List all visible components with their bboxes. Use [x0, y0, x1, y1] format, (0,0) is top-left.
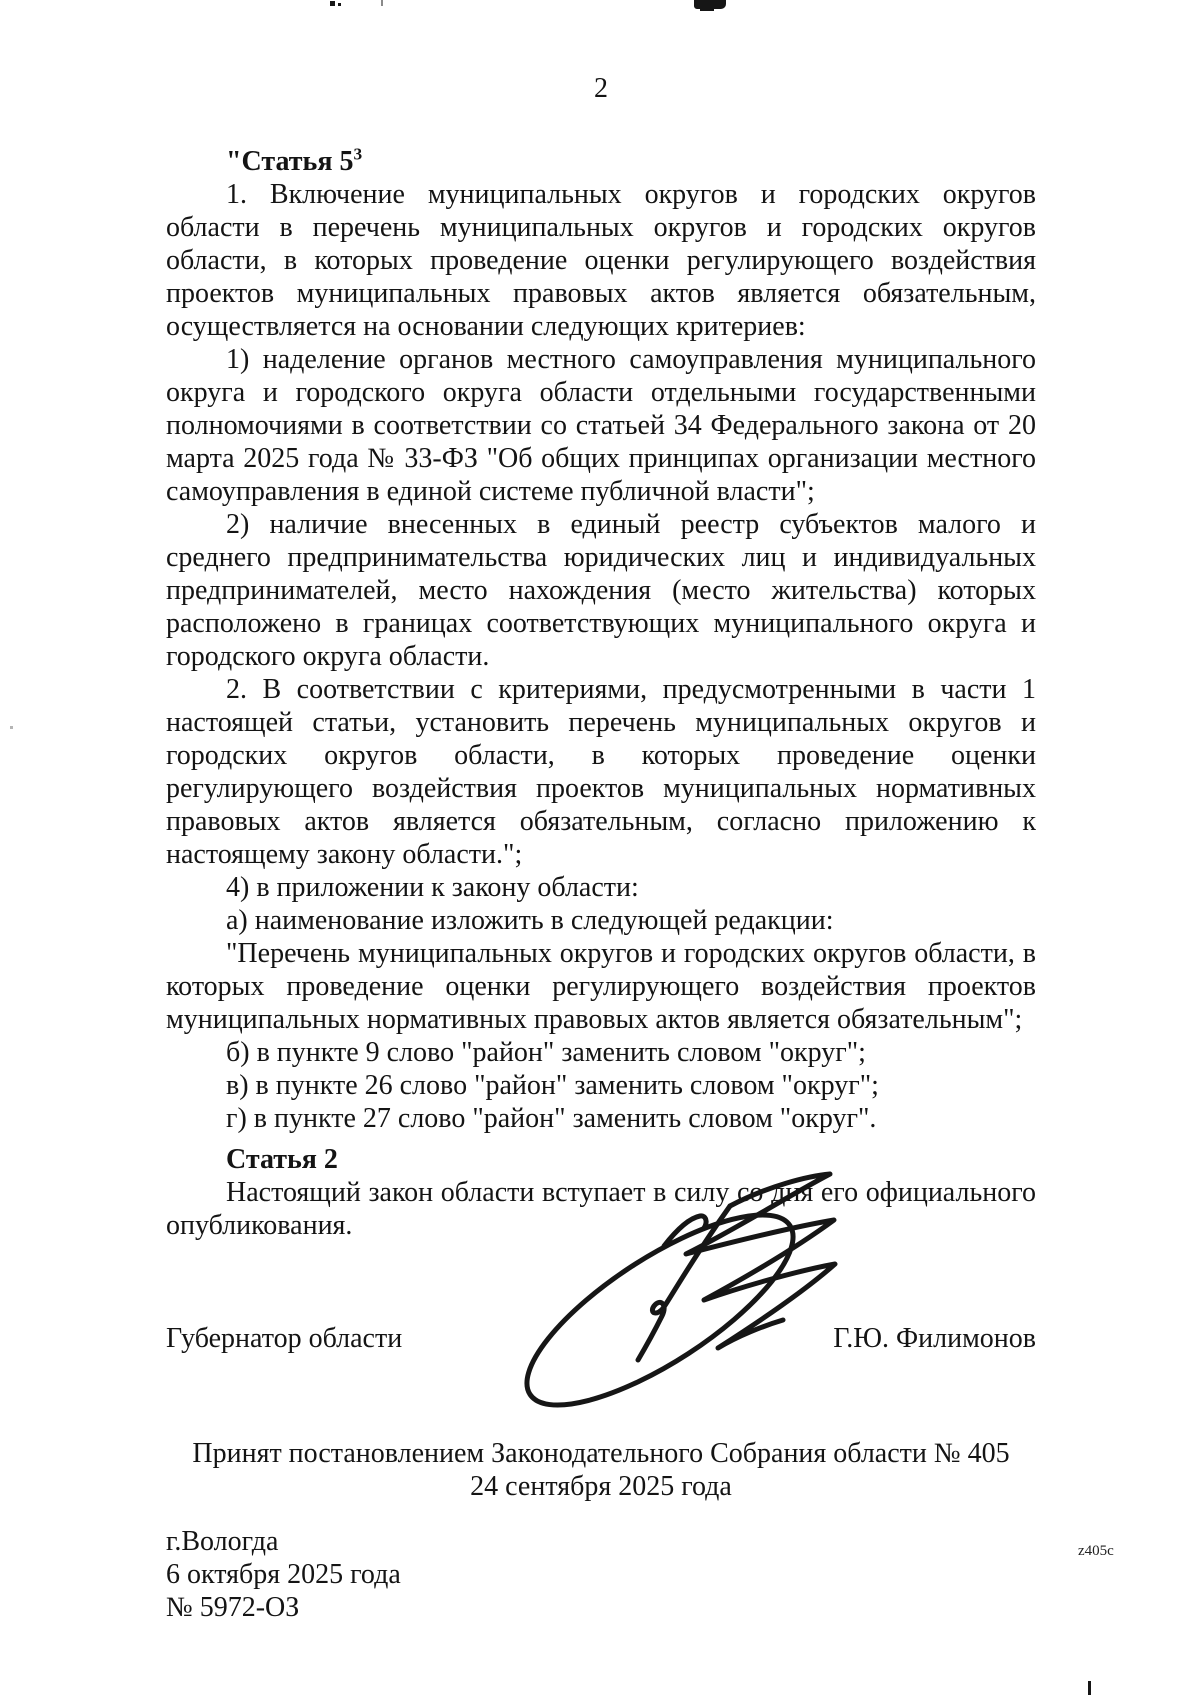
issue-block: г.Вологда 6 октября 2025 года № 5972-ОЗ [166, 1525, 1036, 1624]
doc-code: z405c [1078, 1544, 1114, 1559]
paragraph: б) в пункте 9 слово "район" заменить сло… [166, 1036, 1036, 1069]
issue-city: г.Вологда [166, 1525, 1036, 1558]
adoption-date: 24 сентября 2025 года [166, 1470, 1036, 1503]
scan-artifact [10, 726, 13, 729]
adoption-resolution: Принят постановлением Законодательного С… [166, 1437, 1036, 1470]
scan-artifact [381, 0, 383, 6]
signature-image [478, 1158, 846, 1410]
paragraph: 2. В соответствии с критериями, предусмо… [166, 673, 1036, 871]
document-page: 2 "Статья 53 1. Включение муниципальных … [0, 0, 1200, 1697]
adoption-block: Принят постановлением Законодательного С… [166, 1437, 1036, 1503]
paragraph: 2) наличие внесенных в единый реестр суб… [166, 508, 1036, 673]
scan-artifact [1088, 1681, 1091, 1695]
paragraph: г) в пункте 27 слово "район" заменить сл… [166, 1102, 1036, 1135]
scan-artifact [700, 8, 714, 11]
paragraph: "Перечень муниципальных округов и городс… [166, 937, 1036, 1036]
paragraph: а) наименование изложить в следующей ред… [166, 904, 1036, 937]
article5-heading-text: "Статья 5 [226, 146, 353, 177]
paragraph: 1. Включение муниципальных округов и гор… [166, 178, 1036, 343]
governor-name: Г.Ю. Филимонов [833, 1322, 1036, 1355]
issue-date: 6 октября 2025 года [166, 1558, 1036, 1591]
scan-artifact [338, 3, 341, 6]
page-number: 2 [166, 72, 1036, 105]
paragraph: 4) в приложении к закону области: [166, 871, 1036, 904]
issue-number: № 5972-ОЗ [166, 1591, 1036, 1624]
scan-artifact [330, 1, 335, 6]
paragraph: 1) наделение органов местного самоуправл… [166, 343, 1036, 508]
article5-heading: "Статья 53 [166, 145, 1036, 178]
governor-title: Губернатор области [166, 1322, 402, 1355]
article5-heading-superscript: 3 [353, 145, 362, 164]
paragraph: в) в пункте 26 слово "район" заменить сл… [166, 1069, 1036, 1102]
